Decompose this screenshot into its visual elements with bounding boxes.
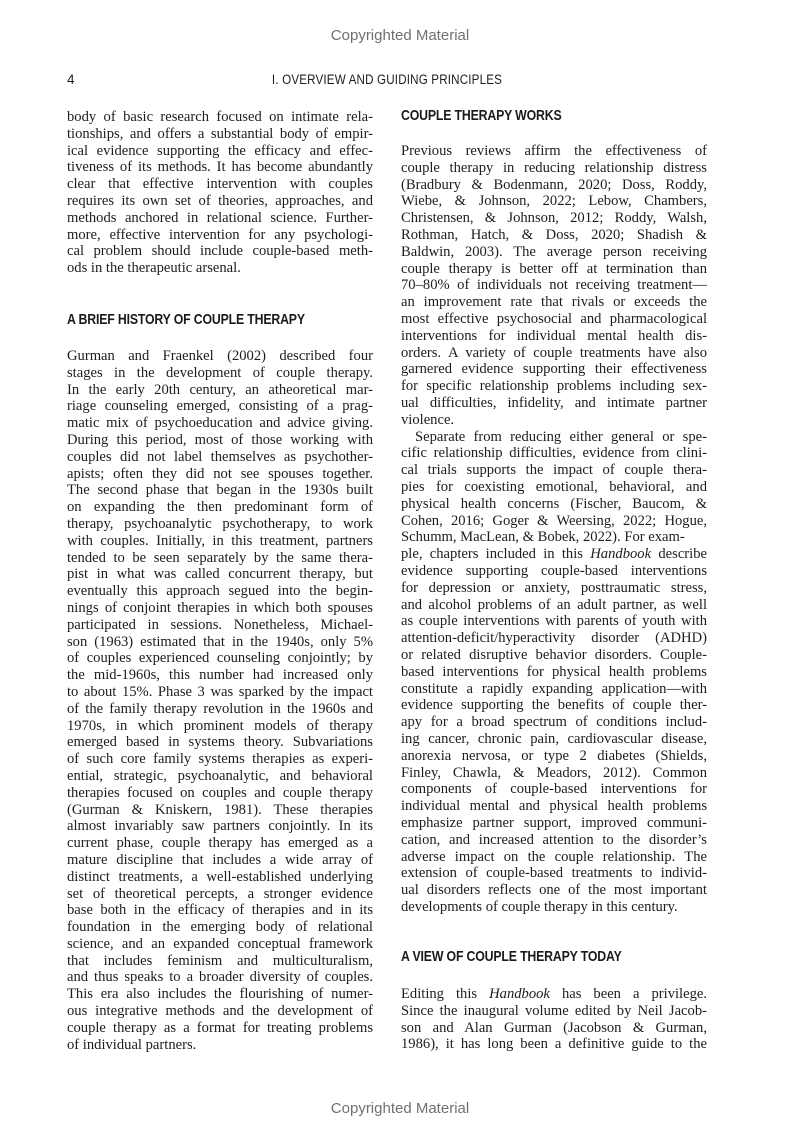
- text-line: adverse impact on the couple relationshi…: [401, 849, 707, 866]
- text-line: extension of couple-based treatments to …: [401, 865, 707, 882]
- section-heading-today: A VIEW OF COUPLE THERAPY TODAY: [401, 948, 622, 965]
- today-paragraph-rest: Since the inaugural volume edited by Nei…: [401, 1003, 707, 1053]
- text-line: Christensen, & Johnson, 2012; Roddy, Wal…: [401, 210, 707, 227]
- text-line: cific relationship difficulties, evidenc…: [401, 445, 707, 462]
- text-line: orders. A variety of couple treatments h…: [401, 345, 707, 362]
- text-line: violence.: [401, 412, 707, 429]
- text-line: ous integrative methods and the developm…: [67, 1003, 373, 1020]
- section-heading-works: COUPLE THERAPY WORKS: [401, 107, 562, 124]
- text-line: that includes feminism and multicultural…: [67, 953, 373, 970]
- works-paragraph-2: Separate from reducing either general or…: [401, 429, 707, 916]
- text-line: pist in what was called concurrent thera…: [67, 566, 373, 583]
- text-line: The second phase that began in the 1930s…: [67, 482, 373, 499]
- text-line: (Bradbury & Bodenmann, 2020; Doss, Roddy…: [401, 177, 707, 194]
- text-line: as couple interventions with parents of …: [401, 613, 707, 630]
- text-line: components of couple-based interventions…: [401, 781, 707, 798]
- text-line: or related disruptive behavior disorders…: [401, 647, 707, 664]
- text-line: base both in the efficacy of therapies a…: [67, 902, 373, 919]
- today-first-line: Editing this Handbook has been a privile…: [401, 986, 707, 1003]
- handbook-line: ple, chapters included in this Handbook …: [401, 546, 707, 563]
- text-line: tionships, and offers a substantial body…: [67, 126, 373, 143]
- text-line: cal problem should include couple-based …: [67, 243, 373, 260]
- text-line: more, effective intervention for any psy…: [67, 227, 373, 244]
- text-line: the mid-1960s, this number had increased…: [67, 667, 373, 684]
- handbook-title: Handbook: [489, 986, 550, 1002]
- text-line: an improvement rate that rivals or excee…: [401, 294, 707, 311]
- text-line: set of theoretical percepts, a stronger …: [67, 886, 373, 903]
- text-line: to about 15%. Phase 3 was sparked by the…: [67, 684, 373, 701]
- text-line: almost invariably saw partners conjointl…: [67, 818, 373, 835]
- text-line: Since the inaugural volume edited by Nei…: [401, 1003, 707, 1020]
- intro-paragraph: body of basic research focused on intima…: [67, 109, 373, 277]
- text-line: foundation in the emerging body of relat…: [67, 919, 373, 936]
- text-line: current phase, couple therapy has emerge…: [67, 835, 373, 852]
- section-heading-history: A BRIEF HISTORY OF COUPLE THERAPY: [67, 311, 305, 328]
- text-line: couples did not label themselves as psyc…: [67, 449, 373, 466]
- works-paragraph-2-rest: evidence supporting couple-based interve…: [401, 563, 707, 916]
- text-line: distinct treatments, a well-established …: [67, 869, 373, 886]
- text-line: evidence supporting the benefits of coup…: [401, 697, 707, 714]
- text-line: for specific relationship problems inclu…: [401, 378, 707, 395]
- text-line: developments of couple therapy in this c…: [401, 899, 707, 916]
- text-line: ods in the therapeutic arsenal.: [67, 260, 373, 277]
- chapter-title: I. OVERVIEW AND GUIDING PRINCIPLES: [112, 72, 662, 87]
- text-line: Cohen, 2016; Goger & Weersing, 2022; Hog…: [401, 513, 707, 530]
- text-line: tended to be seen separately by the same…: [67, 550, 373, 567]
- text-line: ual difficulties, infidelity, and intima…: [401, 395, 707, 412]
- text-line: Schumm, MacLean, & Bobek, 2022). For exa…: [401, 529, 707, 546]
- text-line: nings of conjoint therapies in which bot…: [67, 600, 373, 617]
- text-line: ical evidence supporting the efficacy an…: [67, 143, 373, 160]
- text-line: of such core family systems therapies as…: [67, 751, 373, 768]
- text-line: apists; often they did not see spouses t…: [67, 466, 373, 483]
- page-number: 4: [67, 72, 75, 87]
- text-line: anorexia nervosa, or type 2 diabetes (Sh…: [401, 748, 707, 765]
- text-line: methods anchored in relational science. …: [67, 210, 373, 227]
- text-line: During this period, most of those workin…: [67, 432, 373, 449]
- text-line: attention-deficit/hyperactivity disorder…: [401, 630, 707, 647]
- text-line: couple therapy in reducing relationship …: [401, 160, 707, 177]
- text-line: ing cancer, chronic pain, cardiovascular…: [401, 731, 707, 748]
- handbook-title: Handbook: [590, 546, 651, 562]
- history-paragraph: Gurman and Fraenkel (2002) described fou…: [67, 348, 373, 1053]
- text-line: matic mix of psychoeducation and advice …: [67, 415, 373, 432]
- text-line: participated in sessions. Nonetheless, M…: [67, 617, 373, 634]
- text-line: This era also includes the flourishing o…: [67, 986, 373, 1003]
- text-line: of couples experienced counseling conjoi…: [67, 650, 373, 667]
- text-line: interventions for individual mental heal…: [401, 328, 707, 345]
- text-line: Previous reviews affirm the effectivenes…: [401, 143, 707, 160]
- text-line: science, and an expanded conceptual fram…: [67, 936, 373, 953]
- text-line: (Gurman & Kniskern, 1981). These therapi…: [67, 802, 373, 819]
- text-line: on expanding the then predominant form o…: [67, 499, 373, 516]
- text-line: Separate from reducing either general or…: [401, 429, 707, 446]
- text-line: emphasize partner support, improved comm…: [401, 815, 707, 832]
- text-line: Baldwin, 2003). The average person recei…: [401, 244, 707, 261]
- text-line: with couples. Initially, in this treatme…: [67, 533, 373, 550]
- copyright-watermark-top: Copyrighted Material: [0, 27, 800, 44]
- running-head: 4 I. OVERVIEW AND GUIDING PRINCIPLES: [67, 72, 707, 92]
- text-line: 1986), it has long been a definitive gui…: [401, 1036, 707, 1053]
- text-line: of the family therapy revolution in the …: [67, 701, 373, 718]
- text-line: pies for coexisting emotional, behaviora…: [401, 479, 707, 496]
- text-line: clear that effective intervention with c…: [67, 176, 373, 193]
- text-line: 70–80% of individuals not receiving trea…: [401, 277, 707, 294]
- text-line: cation, and increased attention to the d…: [401, 832, 707, 849]
- text-line: emerged based in systems theory. Subvari…: [67, 734, 373, 751]
- text-line: Rothman, Hatch, & Doss, 2020; Shadish &: [401, 227, 707, 244]
- text-line: garnered evidence supporting their effec…: [401, 361, 707, 378]
- text-line: mature discipline that includes a wide a…: [67, 852, 373, 869]
- text-line: son and Alan Gurman (Jacobson & Gurman,: [401, 1020, 707, 1037]
- works-paragraph-1: Previous reviews affirm the effectivenes…: [401, 143, 707, 429]
- text-line: tiveness of its methods. It has become a…: [67, 159, 373, 176]
- text-line: physical health concerns (Fischer, Bauco…: [401, 496, 707, 513]
- text-line: for depression or anxiety, posttraumatic…: [401, 580, 707, 597]
- text-line: In the early 20th century, an atheoretic…: [67, 382, 373, 399]
- text-line: evidence supporting couple-based interve…: [401, 563, 707, 580]
- text-line: and thus speaks to a broader diversity o…: [67, 969, 373, 986]
- text-line: therapies focused on couples and couple …: [67, 785, 373, 802]
- text-line: Gurman and Fraenkel (2002) described fou…: [67, 348, 373, 365]
- text-line: most effective psychosocial and pharmaco…: [401, 311, 707, 328]
- today-paragraph: Editing this Handbook has been a privile…: [401, 986, 707, 1053]
- text-line: riage counseling emerged, consisting of …: [67, 398, 373, 415]
- text-line: ual disorders reflects one of the most i…: [401, 882, 707, 899]
- text-line: 1970s, in which prominent models of ther…: [67, 718, 373, 735]
- text-line: based interventions for physical health …: [401, 664, 707, 681]
- text-line: Finley, Chawla, & Meadors, 2012). Common: [401, 765, 707, 782]
- text-line: Wiebe, & Johnson, 2022; Lebow, Chambers,: [401, 193, 707, 210]
- text-line: couple therapy is better off at terminat…: [401, 261, 707, 278]
- text-line: couple therapy as a format for treating …: [67, 1020, 373, 1037]
- text-line: of individual partners.: [67, 1037, 373, 1054]
- text-line: individual mental and physical health pr…: [401, 798, 707, 815]
- text-line: and alcohol problems of an adult partner…: [401, 597, 707, 614]
- text-line: ential, strategic, psychoanalytic, and b…: [67, 768, 373, 785]
- text-line: cal trials supports the impact of couple…: [401, 462, 707, 479]
- text-line: body of basic research focused on intima…: [67, 109, 373, 126]
- text-line: apy for a broad spectrum of conditions i…: [401, 714, 707, 731]
- text-line: therapy, psychoanalytic psychotherapy, t…: [67, 516, 373, 533]
- text-line: constitute a rapidly expanding applicati…: [401, 681, 707, 698]
- works-paragraph-2-head: Separate from reducing either general or…: [401, 429, 707, 547]
- text-line: stages in the development of couple ther…: [67, 365, 373, 382]
- text-line: eventually this approach segued into the…: [67, 583, 373, 600]
- text-line: son (1963) estimated that in the 1940s, …: [67, 634, 373, 651]
- copyright-watermark-bottom: Copyrighted Material: [0, 1100, 800, 1117]
- text-line: requires its own set of theories, approa…: [67, 193, 373, 210]
